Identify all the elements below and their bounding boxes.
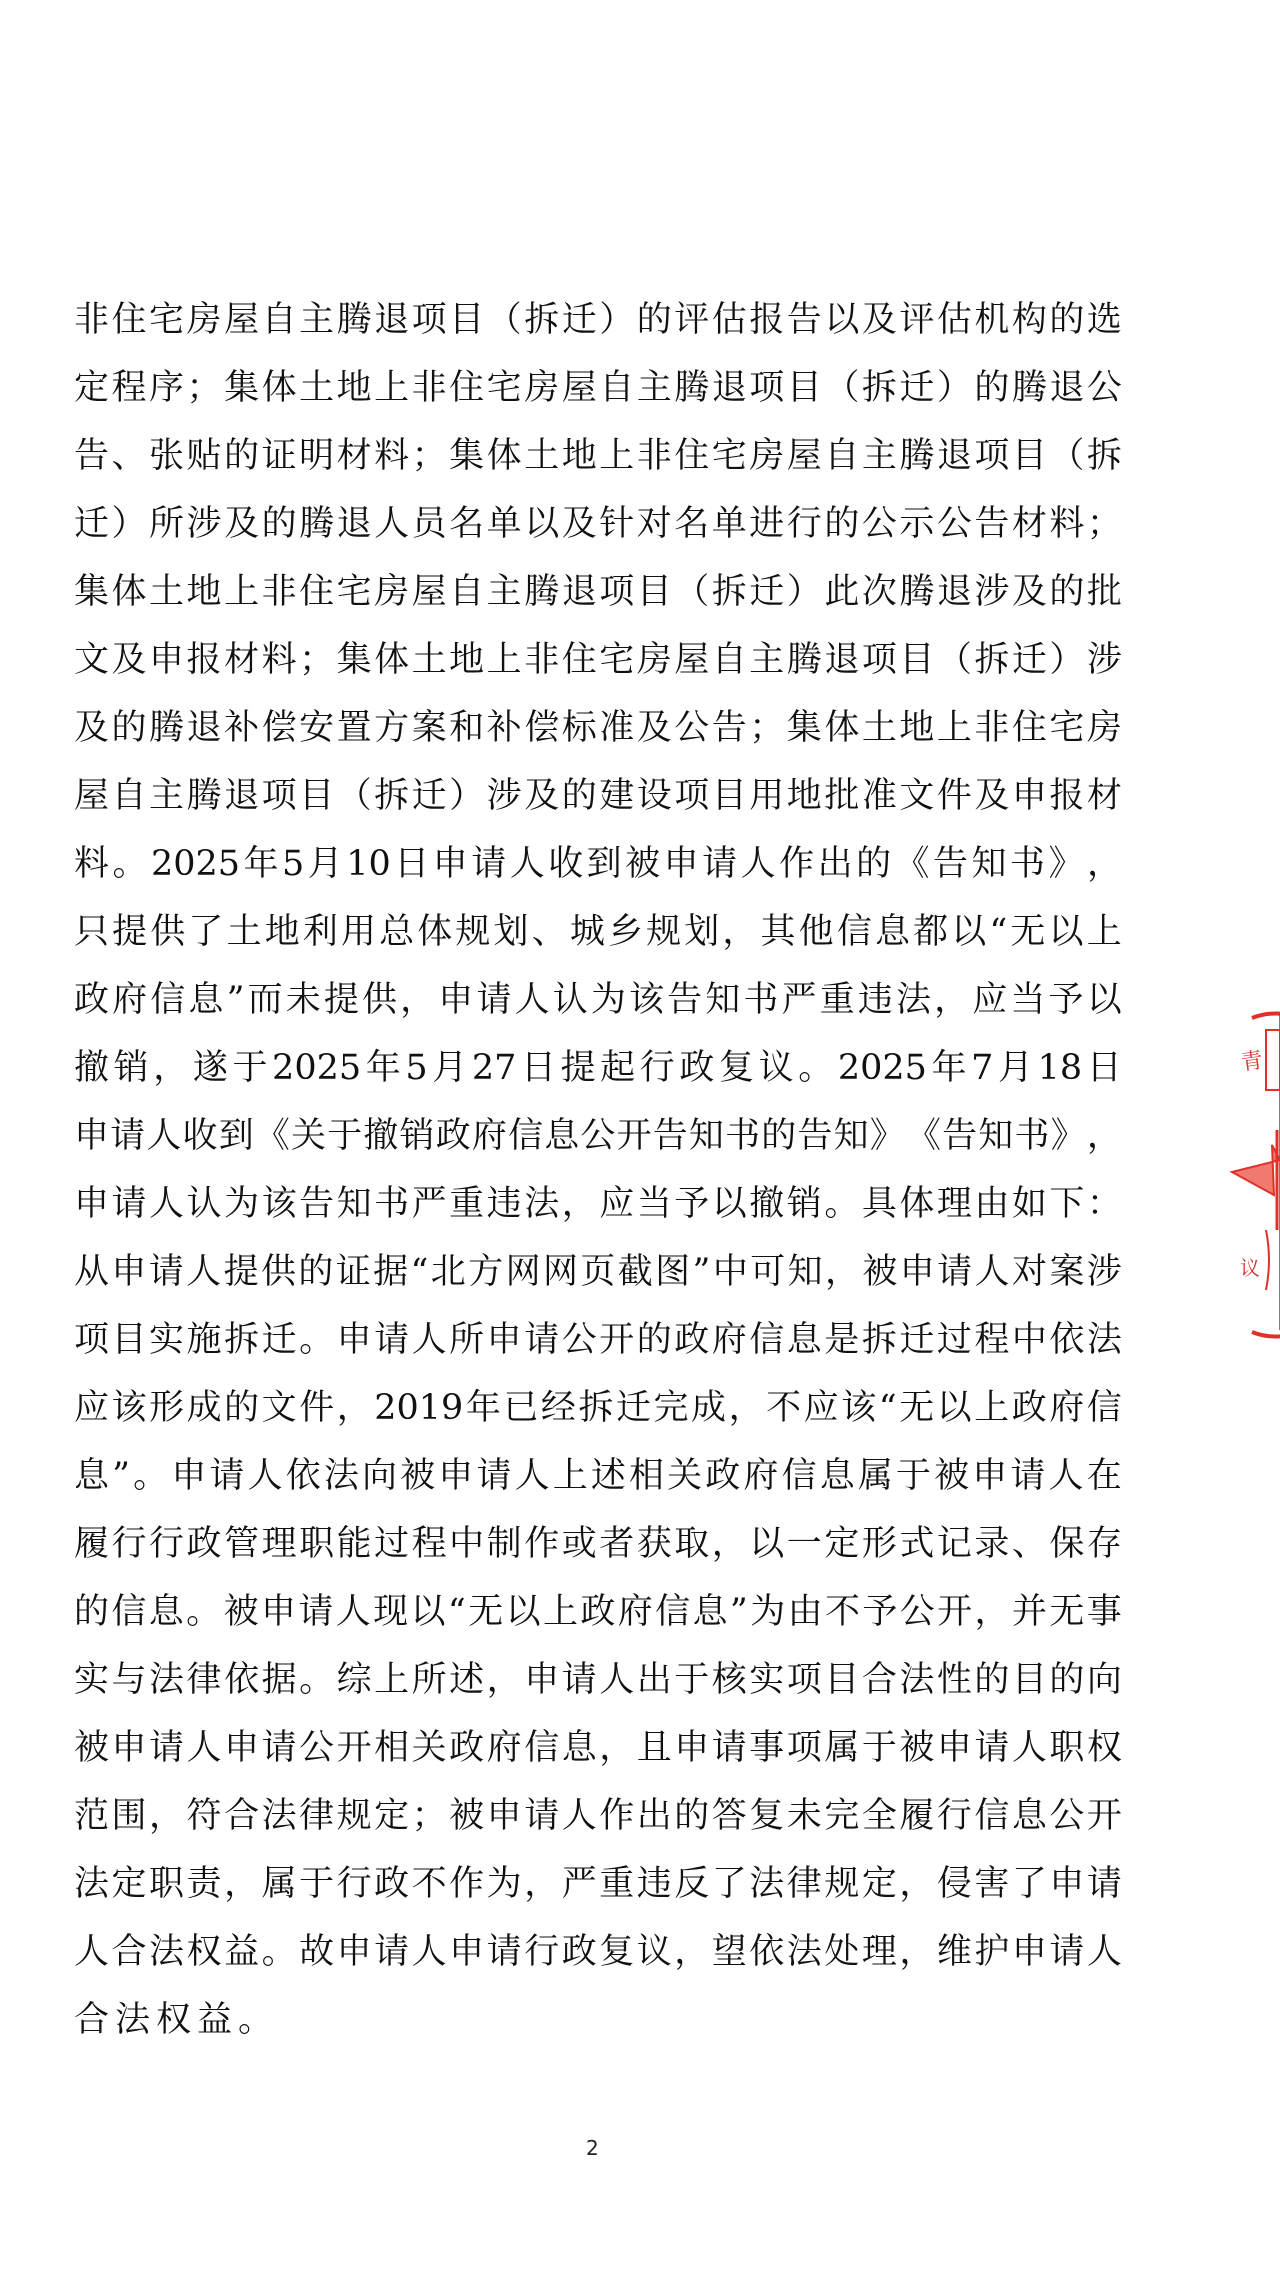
text-line: 实与法律依据。综上所述，申请人出于核实项目合法性的目的向 bbox=[74, 1646, 1122, 1714]
text-line: 应该形成的文件，2019年已经拆迁完成，不应该“无以上政府信 bbox=[74, 1374, 1122, 1442]
text-line: 范围，符合法律规定；被申请人作出的答复未完全履行信息公开 bbox=[74, 1782, 1122, 1850]
text-line: 料。2025年5月10日申请人收到被申请人作出的《告知书》， bbox=[74, 830, 1122, 898]
text-line: 合法权益。 bbox=[74, 1986, 1122, 2054]
svg-text:青: 青 bbox=[1239, 1048, 1264, 1076]
text-line: 非住宅房屋自主腾退项目（拆迁）的评估报告以及评估机构的选 bbox=[74, 286, 1122, 354]
text-line: 屋自主腾退项目（拆迁）涉及的建设项目用地批准文件及申报材 bbox=[74, 762, 1122, 830]
text-line: 息”。申请人依法向被申请人上述相关政府信息属于被申请人在 bbox=[74, 1442, 1122, 1510]
text-line: 政府信息”而未提供，申请人认为该告知书严重违法，应当予以 bbox=[74, 966, 1122, 1034]
text-line: 告、张贴的证明材料；集体土地上非住宅房屋自主腾退项目（拆 bbox=[74, 422, 1122, 490]
text-line: 定程序；集体土地上非住宅房屋自主腾退项目（拆迁）的腾退公 bbox=[74, 354, 1122, 422]
text-line: 从申请人提供的证据“北方网网页截图”中可知，被申请人对案涉 bbox=[74, 1238, 1122, 1306]
document-page: 非住宅房屋自主腾退项目（拆迁）的评估报告以及评估机构的选定程序；集体土地上非住宅… bbox=[0, 0, 1280, 2291]
text-line: 集体土地上非住宅房屋自主腾退项目（拆迁）此次腾退涉及的批 bbox=[74, 558, 1122, 626]
text-line: 申请人收到《关于撤销政府信息公开告知书的告知》《告知书》， bbox=[74, 1102, 1122, 1170]
text-line: 的信息。被申请人现以“无以上政府信息”为由不予公开，并无事 bbox=[74, 1578, 1122, 1646]
text-line: 人合法权益。故申请人申请行政复议，望依法处理，维护申请人 bbox=[74, 1918, 1122, 1986]
text-line: 申请人认为该告知书严重违法，应当予以撤销。具体理由如下： bbox=[74, 1170, 1122, 1238]
text-line: 项目实施拆迁。申请人所申请公开的政府信息是拆迁过程中依法 bbox=[74, 1306, 1122, 1374]
text-line: 迁）所涉及的腾退人员名单以及针对名单进行的公示公告材料； bbox=[74, 490, 1122, 558]
svg-text:议: 议 bbox=[1240, 1256, 1260, 1280]
body-paragraph: 非住宅房屋自主腾退项目（拆迁）的评估报告以及评估机构的选定程序；集体土地上非住宅… bbox=[74, 286, 1122, 2054]
official-seal-icon: 青 议 bbox=[1222, 1010, 1280, 1340]
page-number: 2 bbox=[586, 2136, 599, 2160]
text-line: 文及申报材料；集体土地上非住宅房屋自主腾退项目（拆迁）涉 bbox=[74, 626, 1122, 694]
text-line: 被申请人申请公开相关政府信息，且申请事项属于被申请人职权 bbox=[74, 1714, 1122, 1782]
text-line: 履行行政管理职能过程中制作或者获取，以一定形式记录、保存 bbox=[74, 1510, 1122, 1578]
text-line: 只提供了土地利用总体规划、城乡规划，其他信息都以“无以上 bbox=[74, 898, 1122, 966]
text-line: 撤销，遂于2025年5月27日提起行政复议。2025年7月18日 bbox=[74, 1034, 1122, 1102]
text-line: 及的腾退补偿安置方案和补偿标准及公告；集体土地上非住宅房 bbox=[74, 694, 1122, 762]
text-line: 法定职责，属于行政不作为，严重违反了法律规定，侵害了申请 bbox=[74, 1850, 1122, 1918]
